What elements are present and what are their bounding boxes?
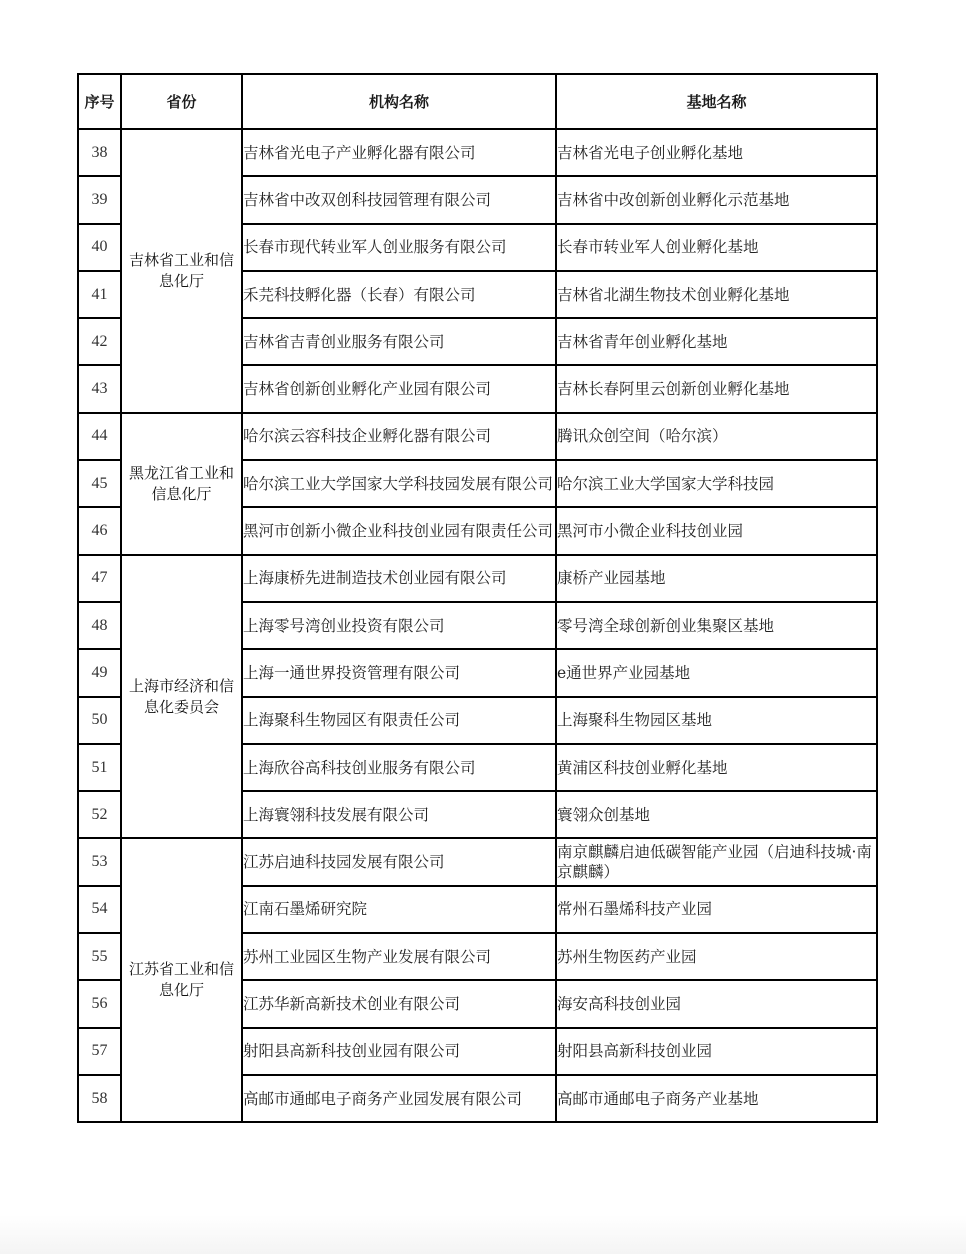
institution-name: 江苏启迪科技园发展有限公司	[242, 838, 556, 885]
table-row: 38吉林省工业和信息化厅吉林省光电子产业孵化器有限公司吉林省光电子创业孵化基地	[78, 129, 877, 176]
base-name: 长春市转业军人创业孵化基地	[556, 224, 877, 271]
base-name: 上海聚科生物园区基地	[556, 697, 877, 744]
row-index: 41	[78, 271, 121, 318]
base-name: 吉林省青年创业孵化基地	[556, 318, 877, 365]
page-bottom-shadow	[0, 1215, 966, 1254]
base-name: 寰翎众创基地	[556, 791, 877, 838]
row-index: 39	[78, 176, 121, 223]
institution-name: 上海一通世界投资管理有限公司	[242, 649, 556, 696]
row-index: 50	[78, 697, 121, 744]
institution-name: 黑河市创新小微企业科技创业园有限责任公司	[242, 507, 556, 554]
institution-name: 上海零号湾创业投资有限公司	[242, 602, 556, 649]
header-index: 序号	[78, 74, 121, 129]
institution-name: 吉林省光电子产业孵化器有限公司	[242, 129, 556, 176]
institution-name: 哈尔滨云容科技企业孵化器有限公司	[242, 413, 556, 460]
base-name: 海安高科技创业园	[556, 980, 877, 1027]
base-name: 黑河市小微企业科技创业园	[556, 507, 877, 554]
row-index: 46	[78, 507, 121, 554]
row-index: 56	[78, 980, 121, 1027]
base-name: 康桥产业园基地	[556, 555, 877, 602]
row-index: 55	[78, 933, 121, 980]
row-index: 43	[78, 365, 121, 412]
institution-name: 吉林省创新创业孵化产业园有限公司	[242, 365, 556, 412]
row-index: 47	[78, 555, 121, 602]
base-name: 高邮市通邮电子商务产业基地	[556, 1075, 877, 1122]
row-index: 53	[78, 838, 121, 885]
row-index: 38	[78, 129, 121, 176]
base-name: 吉林长春阿里云创新创业孵化基地	[556, 365, 877, 412]
row-index: 52	[78, 791, 121, 838]
institution-name: 哈尔滨工业大学国家大学科技园发展有限公司	[242, 460, 556, 507]
province-cell: 江苏省工业和信息化厅	[121, 838, 242, 1122]
base-name: 哈尔滨工业大学国家大学科技园	[556, 460, 877, 507]
row-index: 40	[78, 224, 121, 271]
table-row: 47上海市经济和信息化委员会上海康桥先进制造技术创业园有限公司康桥产业园基地	[78, 555, 877, 602]
institution-name: 上海康桥先进制造技术创业园有限公司	[242, 555, 556, 602]
incubator-table: 序号 省份 机构名称 基地名称 38吉林省工业和信息化厅吉林省光电子产业孵化器有…	[77, 73, 878, 1123]
base-name: 射阳县高新科技创业园	[556, 1028, 877, 1075]
institution-name: 长春市现代转业军人创业服务有限公司	[242, 224, 556, 271]
institution-name: 江苏华新高新技术创业有限公司	[242, 980, 556, 1027]
institution-name: 射阳县高新科技创业园有限公司	[242, 1028, 556, 1075]
base-name: e通世界产业园基地	[556, 649, 877, 696]
base-name: 常州石墨烯科技产业园	[556, 886, 877, 933]
institution-name: 高邮市通邮电子商务产业园发展有限公司	[242, 1075, 556, 1122]
row-index: 44	[78, 413, 121, 460]
table-header-row: 序号 省份 机构名称 基地名称	[78, 74, 877, 129]
province-cell: 黑龙江省工业和信息化厅	[121, 413, 242, 555]
base-name: 黄浦区科技创业孵化基地	[556, 744, 877, 791]
base-name: 吉林省中改创新创业孵化示范基地	[556, 176, 877, 223]
table-row: 53江苏省工业和信息化厅江苏启迪科技园发展有限公司南京麒麟启迪低碳智能产业园（启…	[78, 838, 877, 885]
institution-name: 苏州工业园区生物产业发展有限公司	[242, 933, 556, 980]
base-name: 苏州生物医药产业园	[556, 933, 877, 980]
header-base: 基地名称	[556, 74, 877, 129]
header-province: 省份	[121, 74, 242, 129]
institution-name: 上海寰翎科技发展有限公司	[242, 791, 556, 838]
row-index: 57	[78, 1028, 121, 1075]
base-name: 吉林省光电子创业孵化基地	[556, 129, 877, 176]
province-cell: 上海市经济和信息化委员会	[121, 555, 242, 839]
province-cell: 吉林省工业和信息化厅	[121, 129, 242, 413]
institution-name: 吉林省中改双创科技园管理有限公司	[242, 176, 556, 223]
row-index: 42	[78, 318, 121, 365]
institution-name: 禾芫科技孵化器（长春）有限公司	[242, 271, 556, 318]
row-index: 54	[78, 886, 121, 933]
base-name: 腾讯众创空间（哈尔滨）	[556, 413, 877, 460]
institution-name: 江南石墨烯研究院	[242, 886, 556, 933]
base-name: 南京麒麟启迪低碳智能产业园（启迪科技城·南京麒麟）	[556, 838, 877, 885]
row-index: 58	[78, 1075, 121, 1122]
row-index: 51	[78, 744, 121, 791]
table-row: 44黑龙江省工业和信息化厅哈尔滨云容科技企业孵化器有限公司腾讯众创空间（哈尔滨）	[78, 413, 877, 460]
row-index: 48	[78, 602, 121, 649]
table-body: 38吉林省工业和信息化厅吉林省光电子产业孵化器有限公司吉林省光电子创业孵化基地3…	[78, 129, 877, 1122]
base-name: 吉林省北湖生物技术创业孵化基地	[556, 271, 877, 318]
row-index: 45	[78, 460, 121, 507]
base-name: 零号湾全球创新创业集聚区基地	[556, 602, 877, 649]
header-institution: 机构名称	[242, 74, 556, 129]
institution-name: 上海欣谷高科技创业服务有限公司	[242, 744, 556, 791]
row-index: 49	[78, 649, 121, 696]
institution-name: 吉林省吉青创业服务有限公司	[242, 318, 556, 365]
institution-name: 上海聚科生物园区有限责任公司	[242, 697, 556, 744]
